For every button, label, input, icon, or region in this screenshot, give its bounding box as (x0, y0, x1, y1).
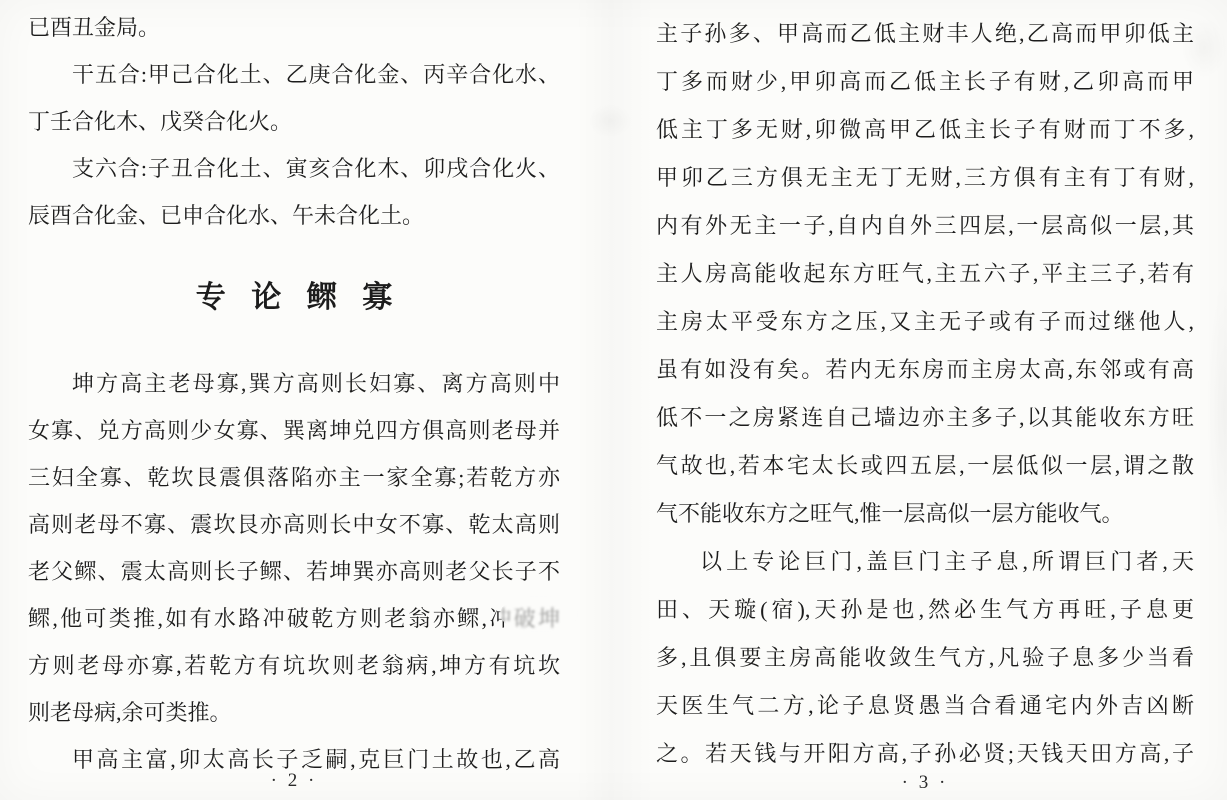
text-line: 女寡、兑方高则少女寡、巽离坤兑四方俱高则老母并 (28, 407, 560, 454)
right-page: 主子孙多、甲高而乙低主财丰人绝,乙高而甲卯低主 丁多而财少,甲卯高而乙低主长子有… (656, 10, 1194, 778)
text-line: 多,且俱要主房高能收敛生气方,凡验子息多少当看 (656, 634, 1194, 682)
text-line: 干五合:甲己合化土、乙庚合化金、丙辛合化水、 (28, 51, 560, 98)
text-line: 低不一之房紧连自己墙边亦主多子,以其能收东方旺 (656, 394, 1194, 442)
text-line: 虽有如没有矣。若内无东房而主房太高,东邻或有高 (656, 346, 1194, 394)
book-scan: 已酉丑金局。 干五合:甲己合化土、乙庚合化金、丙辛合化水、 丁壬合化木、戊癸合化… (0, 0, 1227, 800)
text-line: 低主丁多无财,卯微高甲乙低主长子有财而丁不多, (656, 106, 1194, 154)
text-line: 三妇全寡、乾坎艮震俱落陷亦主一家全寡;若乾方亦 (28, 454, 560, 501)
page-number-right: · 3 · (656, 772, 1194, 794)
text-line: 方则老母亦寡,若乾方有坑坎则老翁病,坤方有坑坎 (28, 642, 560, 689)
text-line: 鳏,他可类推,如有水路冲破乾方则老翁亦鳏,冲破坤 (28, 595, 560, 642)
text-line: 支六合:子丑合化土、寅亥合化木、卯戌合化火、 (28, 145, 560, 192)
text-line: 丁多而财少,甲卯高而乙低主长子有财,乙卯高而甲 (656, 58, 1194, 106)
text-line: 主房太平受东方之压,又主无子或有子而过继他人, (656, 298, 1194, 346)
text-line: 田、天璇(宿),天孙是也,然必生气方再旺,子息更 (656, 586, 1194, 634)
scan-smudge-right-edge (1207, 280, 1227, 540)
text-line: 气不能收东方之旺气,惟一层高似一层方能收气。 (656, 490, 1194, 538)
section-heading: 专 论 鳏 寡 (28, 276, 560, 320)
text-line: 内有外无主一子,自内自外三四层,一层高似一层,其 (656, 202, 1194, 250)
text-line: 主人房高能收起东方旺气,主五六子,平主三子,若有 (656, 250, 1194, 298)
left-intro-section: 已酉丑金局。 干五合:甲己合化土、乙庚合化金、丙辛合化水、 丁壬合化木、戊癸合化… (28, 4, 560, 239)
text-line: 主子孙多、甲高而乙低主财丰人绝,乙高而甲卯低主 (656, 10, 1194, 58)
page-gutter-shadow (575, 0, 655, 800)
scan-smudge-gutter (588, 104, 632, 138)
text-line: 辰酉合化金、已申合化水、午未合化土。 (28, 192, 560, 239)
page-number-left: · 2 · (28, 770, 560, 792)
right-body-section: 主子孙多、甲高而乙低主财丰人绝,乙高而甲卯低主 丁多而财少,甲卯高而乙低主长子有… (656, 10, 1194, 778)
text-line: 则老母病,余可类推。 (28, 689, 560, 736)
text-line: 天医生气二方,论子息贤愚当合看通宅内外吉凶断 (656, 682, 1194, 730)
text-line: 坤方高主老母寡,巽方高则长妇寡、离方高则中 (28, 360, 560, 407)
left-page: 已酉丑金局。 干五合:甲己合化土、乙庚合化金、丙辛合化水、 丁壬合化木、戊癸合化… (28, 4, 560, 783)
left-body-section: 坤方高主老母寡,巽方高则长妇寡、离方高则中 女寡、兑方高则少女寡、巽离坤兑四方俱… (28, 360, 560, 783)
text-line: 气故也,若本宅太长或四五层,一层低似一层,谓之散 (656, 442, 1194, 490)
text-line: 以上专论巨门,盖巨门主子息,所谓巨门者,天 (656, 538, 1194, 586)
text-line: 高则老母不寡、震坎艮亦高则长中女不寡、乾太高则 (28, 501, 560, 548)
text-line: 之。若天钱与开阳方高,子孙必贤;天钱天田方高,子 (656, 730, 1194, 778)
text-line: 丁壬合化木、戊癸合化火。 (28, 98, 560, 145)
text-line: 已酉丑金局。 (28, 4, 560, 51)
text-line: 甲卯乙三方俱无主无丁无财,三方俱有主有丁有财, (656, 154, 1194, 202)
text-line: 老父鳏、震太高则长子鳏、若坤巽亦高则老父长子不 (28, 548, 560, 595)
